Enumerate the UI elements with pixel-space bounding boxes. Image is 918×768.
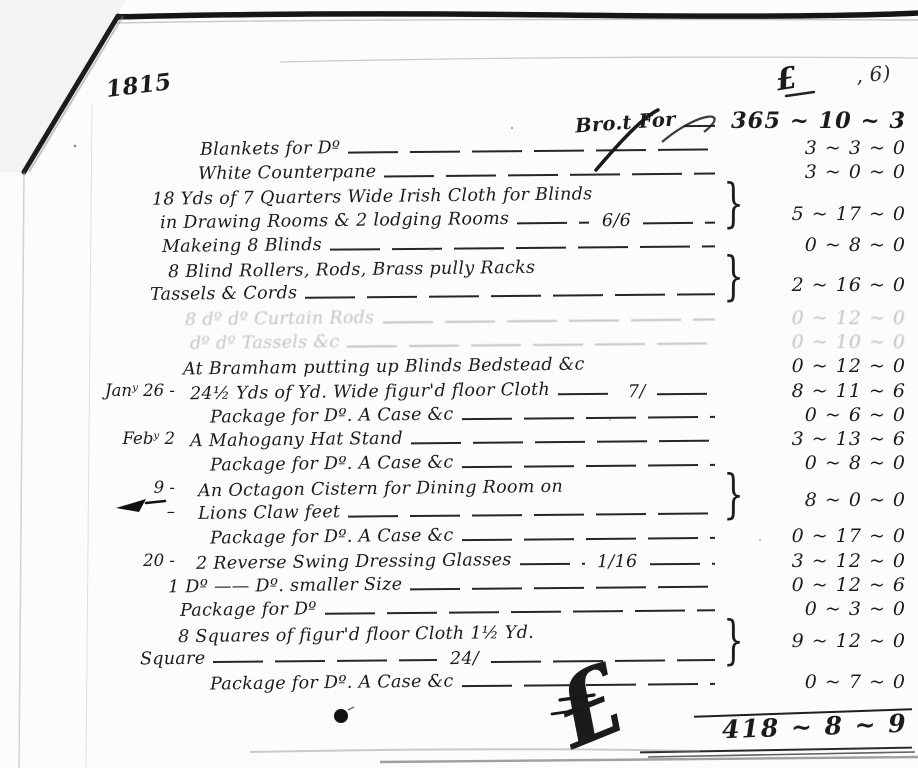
dash-rule xyxy=(330,245,715,250)
ledger-row: in Drawing Rooms & 2 lodging Rooms6/65 ~… xyxy=(0,207,918,231)
dash-rule xyxy=(462,464,715,468)
ledger-row: Febʸ 2A Mahogany Hat Stand3 ~ 13 ~ 6 xyxy=(0,426,918,450)
ledger-row: 8 Blind Rollers, Rods, Brass pully Racks… xyxy=(0,256,918,280)
ledger-row: Package for Dº. A Case &c0 ~ 17 ~ 0 xyxy=(0,523,918,547)
dash-rule xyxy=(410,586,715,591)
amount-value: 0 ~ 10 ~ 0 xyxy=(792,331,906,353)
amount-value: 0 ~ 7 ~ 0 xyxy=(805,671,906,693)
entry-text: 24½ Yds of Yd. Wide figur'd floor Cloth xyxy=(190,379,550,403)
dash-rule xyxy=(650,562,715,565)
paper-background: 1815 £ ‚ 6) Bro.t For365 ~ 10 ~ 3Blanket… xyxy=(0,0,918,768)
entry-text: dº dº Tassels &c xyxy=(190,332,340,354)
ledger-row: Package for Dº. A Case &c0 ~ 8 ~ 0 xyxy=(0,450,918,474)
entry-text: Makeing 8 Blinds xyxy=(162,235,322,257)
amount-value: 0 ~ 6 ~ 0 xyxy=(805,404,906,426)
ledger-row: Package for Dº0 ~ 3 ~ 0 xyxy=(0,596,918,620)
dash-rule xyxy=(558,392,616,395)
amount-value: 0 ~ 12 ~ 6 xyxy=(792,574,906,596)
entry-text: Package for Dº. A Case &c xyxy=(210,526,454,549)
dash-rule xyxy=(462,537,715,541)
ledger-row: 8 dº dº Curtain Rods0 ~ 12 ~ 0 xyxy=(0,304,918,328)
amount-value: 3 ~ 0 ~ 0 xyxy=(805,161,906,183)
entry-text: Package for Dº. A Case &c xyxy=(210,672,454,695)
entry-text: Bro.t For xyxy=(574,108,676,138)
entry-text: 8 Blind Rollers, Rods, Brass pully Racks xyxy=(168,258,535,282)
price-note: 7/ xyxy=(628,381,646,401)
dash-rule xyxy=(348,148,715,153)
entry-text: At Bramham putting up Blinds Bedstead &c xyxy=(183,355,585,380)
dash-rule xyxy=(517,222,589,225)
ledger-row: dº dº Tassels &c0 ~ 10 ~ 0 xyxy=(0,329,918,353)
dash-rule xyxy=(657,392,715,395)
ledger-row: 9 -An Octagon Cistern for Dining Room on… xyxy=(0,474,918,498)
entry-text: Package for Dº. A Case &c xyxy=(210,404,454,427)
margin-date-note: 9 - xyxy=(55,478,175,497)
dash-rule xyxy=(213,659,437,663)
dash-rule xyxy=(411,440,715,445)
entry-text: Square xyxy=(140,648,206,669)
amount-value: 0 ~ 8 ~ 0 xyxy=(805,234,906,256)
amount-value: 365 ~ 10 ~ 3 xyxy=(731,108,906,134)
pound-sign-header: £ xyxy=(773,61,799,99)
amount-value: 3 ~ 3 ~ 0 xyxy=(805,137,906,159)
ledger-row: –Lions Claw feet8 ~ 0 ~ 0 xyxy=(0,499,918,523)
entry-text: in Drawing Rooms & 2 lodging Rooms xyxy=(160,209,510,233)
price-note: 24/ xyxy=(450,649,479,669)
entry-text: Package for Dº. A Case &c xyxy=(210,453,454,476)
group-brace: } xyxy=(723,250,744,304)
group-brace: } xyxy=(723,614,744,668)
ledger-row: 8 Squares of figur'd floor Cloth 1½ Yd.}… xyxy=(0,620,918,644)
dash-rule xyxy=(348,512,715,517)
entry-text: 8 Squares of figur'd floor Cloth 1½ Yd. xyxy=(178,622,534,646)
dash-rule xyxy=(305,294,715,300)
entry-text: 1 Dº —— Dº. smaller Size xyxy=(168,575,403,598)
amount-value: 8 ~ 0 ~ 0 xyxy=(805,489,906,511)
dash-rule xyxy=(520,562,585,565)
ledger-row: 1 Dº —— Dº. smaller Size0 ~ 12 ~ 6 xyxy=(0,572,918,596)
amount-value: 0 ~ 17 ~ 0 xyxy=(792,525,906,547)
entry-text: A Mahogany Hat Stand xyxy=(190,429,403,452)
total-amount: 418 ~ 8 ~ 9 xyxy=(722,709,909,744)
dash-rule xyxy=(347,342,715,347)
entry-text: 8 dº dº Curtain Rods xyxy=(185,308,375,330)
dash-rule xyxy=(325,610,715,615)
margin-date-note: Janʸ 26 - xyxy=(55,381,175,400)
header-corner-mark: ‚ 6) xyxy=(855,61,892,88)
scanned-ledger-page: { "page": { "year": "1815" }, "header": … xyxy=(0,0,918,768)
ledger-row: White Counterpane3 ~ 0 ~ 0 xyxy=(0,159,918,183)
amount-value: 0 ~ 3 ~ 0 xyxy=(805,598,906,620)
year-label: 1815 xyxy=(105,68,173,103)
entry-text: 18 Yds of 7 Quarters Wide Irish Cloth fo… xyxy=(152,184,593,209)
entry-text: An Octagon Cistern for Dining Room on xyxy=(198,477,563,501)
amount-value: 0 ~ 12 ~ 0 xyxy=(792,307,906,329)
entry-text: Blankets for Dº xyxy=(200,138,341,160)
entry-text: White Counterpane xyxy=(198,162,377,184)
dash-rule xyxy=(643,222,715,225)
margin-date-note: Febʸ 2 xyxy=(55,429,175,448)
group-brace: } xyxy=(723,468,744,522)
ledger-row: Janʸ 26 -24½ Yds of Yd. Wide figur'd flo… xyxy=(0,377,918,401)
margin-date-note: – xyxy=(55,502,175,521)
ledger-row: At Bramham putting up Blinds Bedstead &c… xyxy=(0,353,918,377)
entry-text: Package for Dº xyxy=(180,599,317,621)
margin-date-note: 20 - xyxy=(55,551,175,570)
amount-value: 2 ~ 16 ~ 0 xyxy=(792,274,906,296)
ledger-row: Blankets for Dº3 ~ 3 ~ 0 xyxy=(0,134,918,158)
ledger-row: Package for Dº. A Case &c0 ~ 6 ~ 0 xyxy=(0,402,918,426)
ledger-rows: Bro.t For365 ~ 10 ~ 3Blankets for Dº3 ~ … xyxy=(0,110,918,693)
ledger-row: Square24/ xyxy=(0,645,918,669)
amount-value: 5 ~ 17 ~ 0 xyxy=(792,203,906,225)
ledger-row: 18 Yds of 7 Quarters Wide Irish Cloth fo… xyxy=(0,183,918,207)
total-rule-bottom xyxy=(640,747,912,754)
ledger-row: Makeing 8 Blinds0 ~ 8 ~ 0 xyxy=(0,231,918,255)
dash-rule xyxy=(384,172,715,177)
ledger-row: Package for Dº. A Case &c0 ~ 7 ~ 0 xyxy=(0,669,918,693)
price-note: 1/16 xyxy=(597,551,638,571)
amount-value: 3 ~ 13 ~ 6 xyxy=(792,428,906,450)
dash-rule xyxy=(383,318,715,323)
entry-text: 2 Reverse Swing Dressing Glasses xyxy=(196,550,512,574)
amount-value: 0 ~ 8 ~ 0 xyxy=(805,452,906,474)
entry-text: Tassels & Cords xyxy=(150,283,298,305)
amount-value: 3 ~ 12 ~ 0 xyxy=(792,550,906,572)
group-brace: } xyxy=(723,177,744,231)
dash-rule xyxy=(462,416,715,420)
ledger-row: Bro.t For365 ~ 10 ~ 3 xyxy=(0,110,918,134)
dash-rule xyxy=(684,125,715,127)
entry-text: Lions Claw feet xyxy=(198,502,340,524)
amount-value: 8 ~ 11 ~ 6 xyxy=(792,380,906,402)
price-note: 6/6 xyxy=(601,211,630,231)
ledger-row: Tassels & Cords2 ~ 16 ~ 0 xyxy=(0,280,918,304)
ledger-row: 20 -2 Reverse Swing Dressing Glasses1/16… xyxy=(0,547,918,571)
amount-value: 0 ~ 12 ~ 0 xyxy=(792,355,906,377)
